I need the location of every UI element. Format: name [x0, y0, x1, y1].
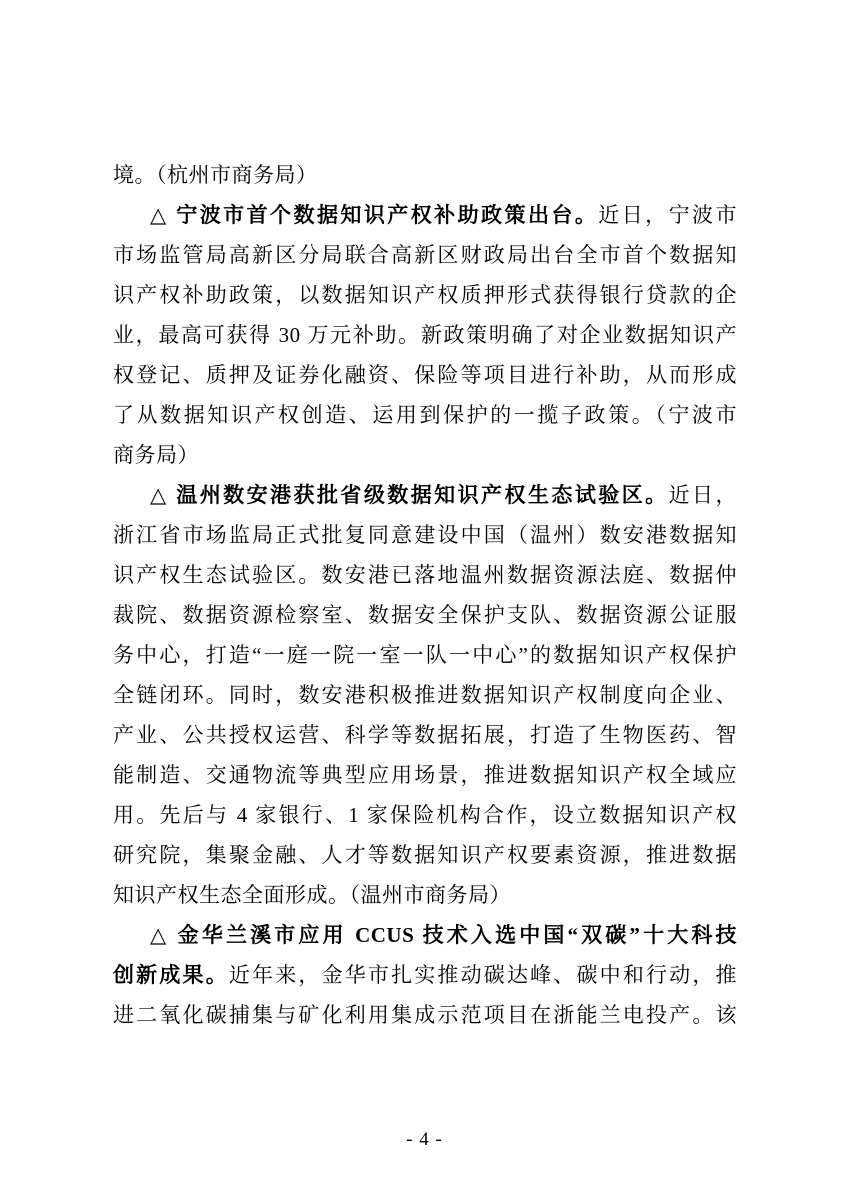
text-line: 创新成果。近年来，金华市扎实推动碳达峰、碳中和行动，推: [113, 955, 737, 995]
text-segment: 境。（杭州市商务局）: [113, 163, 318, 187]
text-line: 了从数据知识产权创造、运用到保护的一揽子政策。（宁波市: [113, 395, 737, 435]
text-segment: 市场监管局高新区分局联合高新区财政局出台全市首个数据知: [113, 243, 737, 267]
text-line: △ 宁波市首个数据知识产权补助政策出台。近日，宁波市: [113, 195, 737, 235]
text-segment: 浙江省市场监局正式批复同意建设中国（温州）数安港数据知: [113, 523, 737, 547]
text-line: 研究院，集聚金融、人才等数据知识产权要素资源，推进数据: [113, 835, 737, 875]
text-segment: 业，最高可获得 30 万元补助。新政策明确了对企业数据知识产: [113, 323, 737, 347]
text-line: 用。先后与 4 家银行、1 家保险机构合作，设立数据知识产权: [113, 795, 737, 835]
text-segment: 权登记、质押及证券化融资、保险等项目进行补助，从而形成: [113, 363, 737, 387]
text-segment: 务中心，打造“一庭一院一室一队一中心”的数据知识产权保护: [113, 643, 737, 667]
text-segment: 近年来，金华市扎实推动碳达峰、碳中和行动，推: [229, 963, 737, 987]
text-line: △ 金华兰溪市应用 CCUS 技术入选中国“双碳”十大科技: [113, 915, 737, 955]
headline-segment: △ 金华兰溪市应用 CCUS 技术入选中国“双碳”十大科技: [150, 923, 737, 947]
text-line: 境。（杭州市商务局）: [113, 155, 737, 195]
headline-segment: △ 温州数安港获批省级数据知识产权生态试验区。: [150, 483, 669, 507]
text-segment: 识产权生态试验区。数安港已落地温州数据资源法庭、数据仲: [113, 563, 737, 587]
text-line: 浙江省市场监局正式批复同意建设中国（温州）数安港数据知: [113, 515, 737, 555]
text-line: 市场监管局高新区分局联合高新区财政局出台全市首个数据知: [113, 235, 737, 275]
text-segment: 全链闭环。同时，数安港积极推进数据知识产权制度向企业、: [113, 683, 737, 707]
text-line: 务中心，打造“一庭一院一室一队一中心”的数据知识产权保护: [113, 635, 737, 675]
text-segment: 知识产权生态全面形成。（温州市商务局）: [113, 883, 511, 907]
text-segment: 商务局）: [113, 443, 199, 467]
text-segment: 识产权补助政策，以数据知识产权质押形式获得银行贷款的企: [113, 283, 737, 307]
text-segment: 近日，宁波市: [598, 203, 737, 227]
page-number: - 4 -: [0, 1128, 849, 1152]
headline-segment: △ 宁波市首个数据知识产权补助政策出台。: [150, 203, 598, 227]
text-line: 裁院、数据资源检察室、数据安全保护支队、数据资源公证服: [113, 595, 737, 635]
text-segment: 研究院，集聚金融、人才等数据知识产权要素资源，推进数据: [113, 843, 737, 867]
text-segment: 用。先后与 4 家银行、1 家保险机构合作，设立数据知识产权: [113, 803, 737, 827]
text-segment: 近日，: [669, 483, 737, 507]
text-segment: 产业、公共授权运营、科学等数据拓展，打造了生物医药、智: [113, 723, 737, 747]
text-line: 识产权生态试验区。数安港已落地温州数据资源法庭、数据仲: [113, 555, 737, 595]
text-line: 全链闭环。同时，数安港积极推进数据知识产权制度向企业、: [113, 675, 737, 715]
text-line: 进二氧化碳捕集与矿化利用集成示范项目在浙能兰电投产。该: [113, 995, 737, 1035]
text-segment: 能制造、交通物流等典型应用场景，推进数据知识产权全域应: [113, 763, 737, 787]
text-line: 商务局）: [113, 435, 737, 475]
text-line: 产业、公共授权运营、科学等数据拓展，打造了生物医药、智: [113, 715, 737, 755]
text-line: △ 温州数安港获批省级数据知识产权生态试验区。近日，: [113, 475, 737, 515]
text-line: 知识产权生态全面形成。（温州市商务局）: [113, 875, 737, 915]
document-body: 境。（杭州市商务局）△ 宁波市首个数据知识产权补助政策出台。近日，宁波市市场监管…: [113, 155, 737, 1035]
headline-segment: 创新成果。: [113, 963, 229, 987]
text-line: 业，最高可获得 30 万元补助。新政策明确了对企业数据知识产: [113, 315, 737, 355]
text-line: 识产权补助政策，以数据知识产权质押形式获得银行贷款的企: [113, 275, 737, 315]
text-segment: 进二氧化碳捕集与矿化利用集成示范项目在浙能兰电投产。该: [113, 1003, 737, 1027]
text-segment: 了从数据知识产权创造、运用到保护的一揽子政策。（宁波市: [113, 403, 737, 427]
text-line: 权登记、质押及证券化融资、保险等项目进行补助，从而形成: [113, 355, 737, 395]
text-segment: 裁院、数据资源检察室、数据安全保护支队、数据资源公证服: [113, 603, 737, 627]
document-page: 境。（杭州市商务局）△ 宁波市首个数据知识产权补助政策出台。近日，宁波市市场监管…: [0, 0, 849, 1200]
text-line: 能制造、交通物流等典型应用场景，推进数据知识产权全域应: [113, 755, 737, 795]
